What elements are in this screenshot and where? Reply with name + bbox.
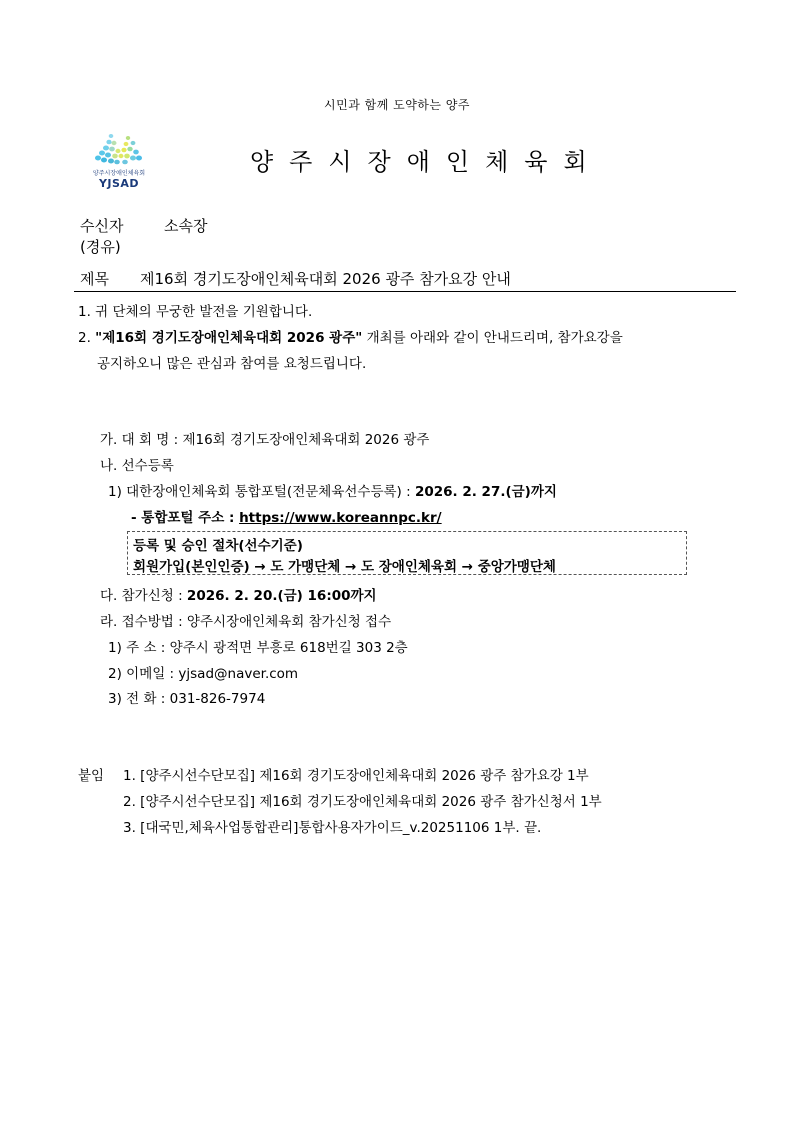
logo-dots-icon: [86, 128, 152, 170]
body-paragraph-1: 1. 귀 단체의 무궁한 발전을 기원합니다.: [78, 300, 312, 320]
registration-procedure-box: 등록 및 승인 절차(선수기준) 회원가입(본인인증) → 도 가맹단체 → 도…: [127, 531, 687, 575]
item-da-application: 다. 참가신청 : 2026. 2. 20.(금) 16:00까지: [100, 584, 377, 604]
event-name-bold: "제16회 경기도장애인체육대회 2026 광주": [95, 330, 362, 346]
item-ra-submission-method: 라. 접수방법 : 양주시장애인체육회 참가신청 접수: [100, 610, 391, 630]
contact-email: 2) 이메일 : yjsad@naver.com: [108, 662, 298, 682]
body-paragraph-2-line2: 공지하오니 많은 관심과 참여를 요청드립니다.: [97, 352, 366, 372]
portal-registration-deadline: 2026. 2. 27.(금)까지: [415, 484, 557, 500]
item-na-1-portal-registration: 1) 대한장애인체육회 통합포털(전문체육선수등록) : 2026. 2. 27…: [108, 480, 557, 500]
portal-address-label: - 통합포털 주소 :: [131, 510, 239, 526]
item-portal-address: - 통합포털 주소 : https://www.koreannpc.kr/: [131, 506, 442, 526]
slogan: 시민과 함께 도약하는 양주: [0, 96, 794, 113]
attachment-item: 1. [양주시선수단모집] 제16회 경기도장애인체육대회 2026 광주 참가…: [123, 764, 589, 784]
contact-address: 1) 주 소 : 양주시 광적면 부흥로 618번길 303 2층: [108, 636, 408, 656]
procedure-title: 등록 및 승인 절차(선수기준): [133, 534, 303, 554]
logo-name-kr: 양주시장애인체육회: [86, 168, 152, 177]
via-label: (경유): [80, 236, 121, 257]
recipient-value: 소속장: [164, 217, 207, 235]
body-paragraph-2: 2. "제16회 경기도장애인체육대회 2026 광주" 개최를 아래와 같이 …: [78, 326, 623, 346]
application-label: 다. 참가신청 :: [100, 588, 187, 604]
application-deadline: 2026. 2. 20.(금) 16:00까지: [187, 588, 377, 604]
recipient-row: 수신자소속장: [80, 215, 207, 236]
attachment-item: 2. [양주시선수단모집] 제16회 경기도장애인체육대회 2026 광주 참가…: [123, 790, 602, 810]
subject-value: 제16회 경기도장애인체육대회 2026 광주 참가요강 안내: [140, 270, 511, 288]
item-na-athlete-registration: 나. 선수등록: [100, 454, 174, 474]
recipient-label: 수신자: [80, 215, 164, 236]
subject-divider: [74, 291, 736, 292]
attachment-item: 3. [대국민,체육사업통합관리]통합사용자가이드_v.20251106 1부.…: [123, 816, 541, 836]
p2-prefix: 2.: [78, 330, 95, 346]
org-logo: 양주시장애인체육회 YJSAD: [86, 128, 152, 194]
portal-url-link[interactable]: https://www.koreannpc.kr/: [239, 510, 442, 526]
subject-label: 제목: [80, 268, 140, 289]
org-title: 양주시장애인체육회: [250, 142, 603, 177]
subject-row: 제목제16회 경기도장애인체육대회 2026 광주 참가요강 안내: [80, 268, 511, 289]
contact-phone: 3) 전 화 : 031-826-7974: [108, 687, 265, 707]
logo-name-en: YJSAD: [86, 177, 152, 190]
item-ga-event-name: 가. 대 회 명 : 제16회 경기도장애인체육대회 2026 광주: [100, 428, 429, 448]
p2-rest: 개최를 아래와 같이 안내드리며, 참가요강을: [362, 330, 623, 346]
procedure-steps: 회원가입(본인인증) → 도 가맹단체 → 도 장애인체육회 → 중앙가맹단체: [133, 555, 556, 575]
attachments-label: 붙임: [78, 764, 104, 784]
portal-registration-label: 1) 대한장애인체육회 통합포털(전문체육선수등록) :: [108, 484, 415, 500]
